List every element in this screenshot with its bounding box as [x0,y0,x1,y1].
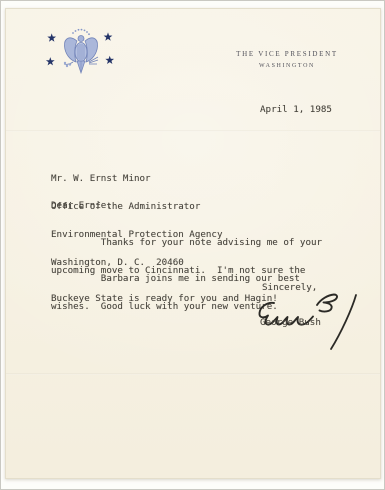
vice-president-seal-icon [40,24,122,90]
paper-fold-crease-top [6,130,380,132]
letterhead-office: THE VICE PRESIDENT [206,50,368,58]
paper-fold-crease-bottom [6,373,380,375]
recipient-line: Mr. W. Ernst Minor [51,174,222,183]
photo-background: THE VICE PRESIDENT WASHINGTON April 1, 1… [0,0,385,490]
letterhead-city: WASHINGTON [206,63,368,69]
salutation: Dear Ernie: [51,201,112,210]
signer-typed-name: George Bush [260,318,321,327]
body-line: Thanks for your note advising me of your [51,238,322,247]
letter-paper: THE VICE PRESIDENT WASHINGTON April 1, 1… [5,8,381,479]
letter-date: April 1, 1985 [260,105,332,114]
